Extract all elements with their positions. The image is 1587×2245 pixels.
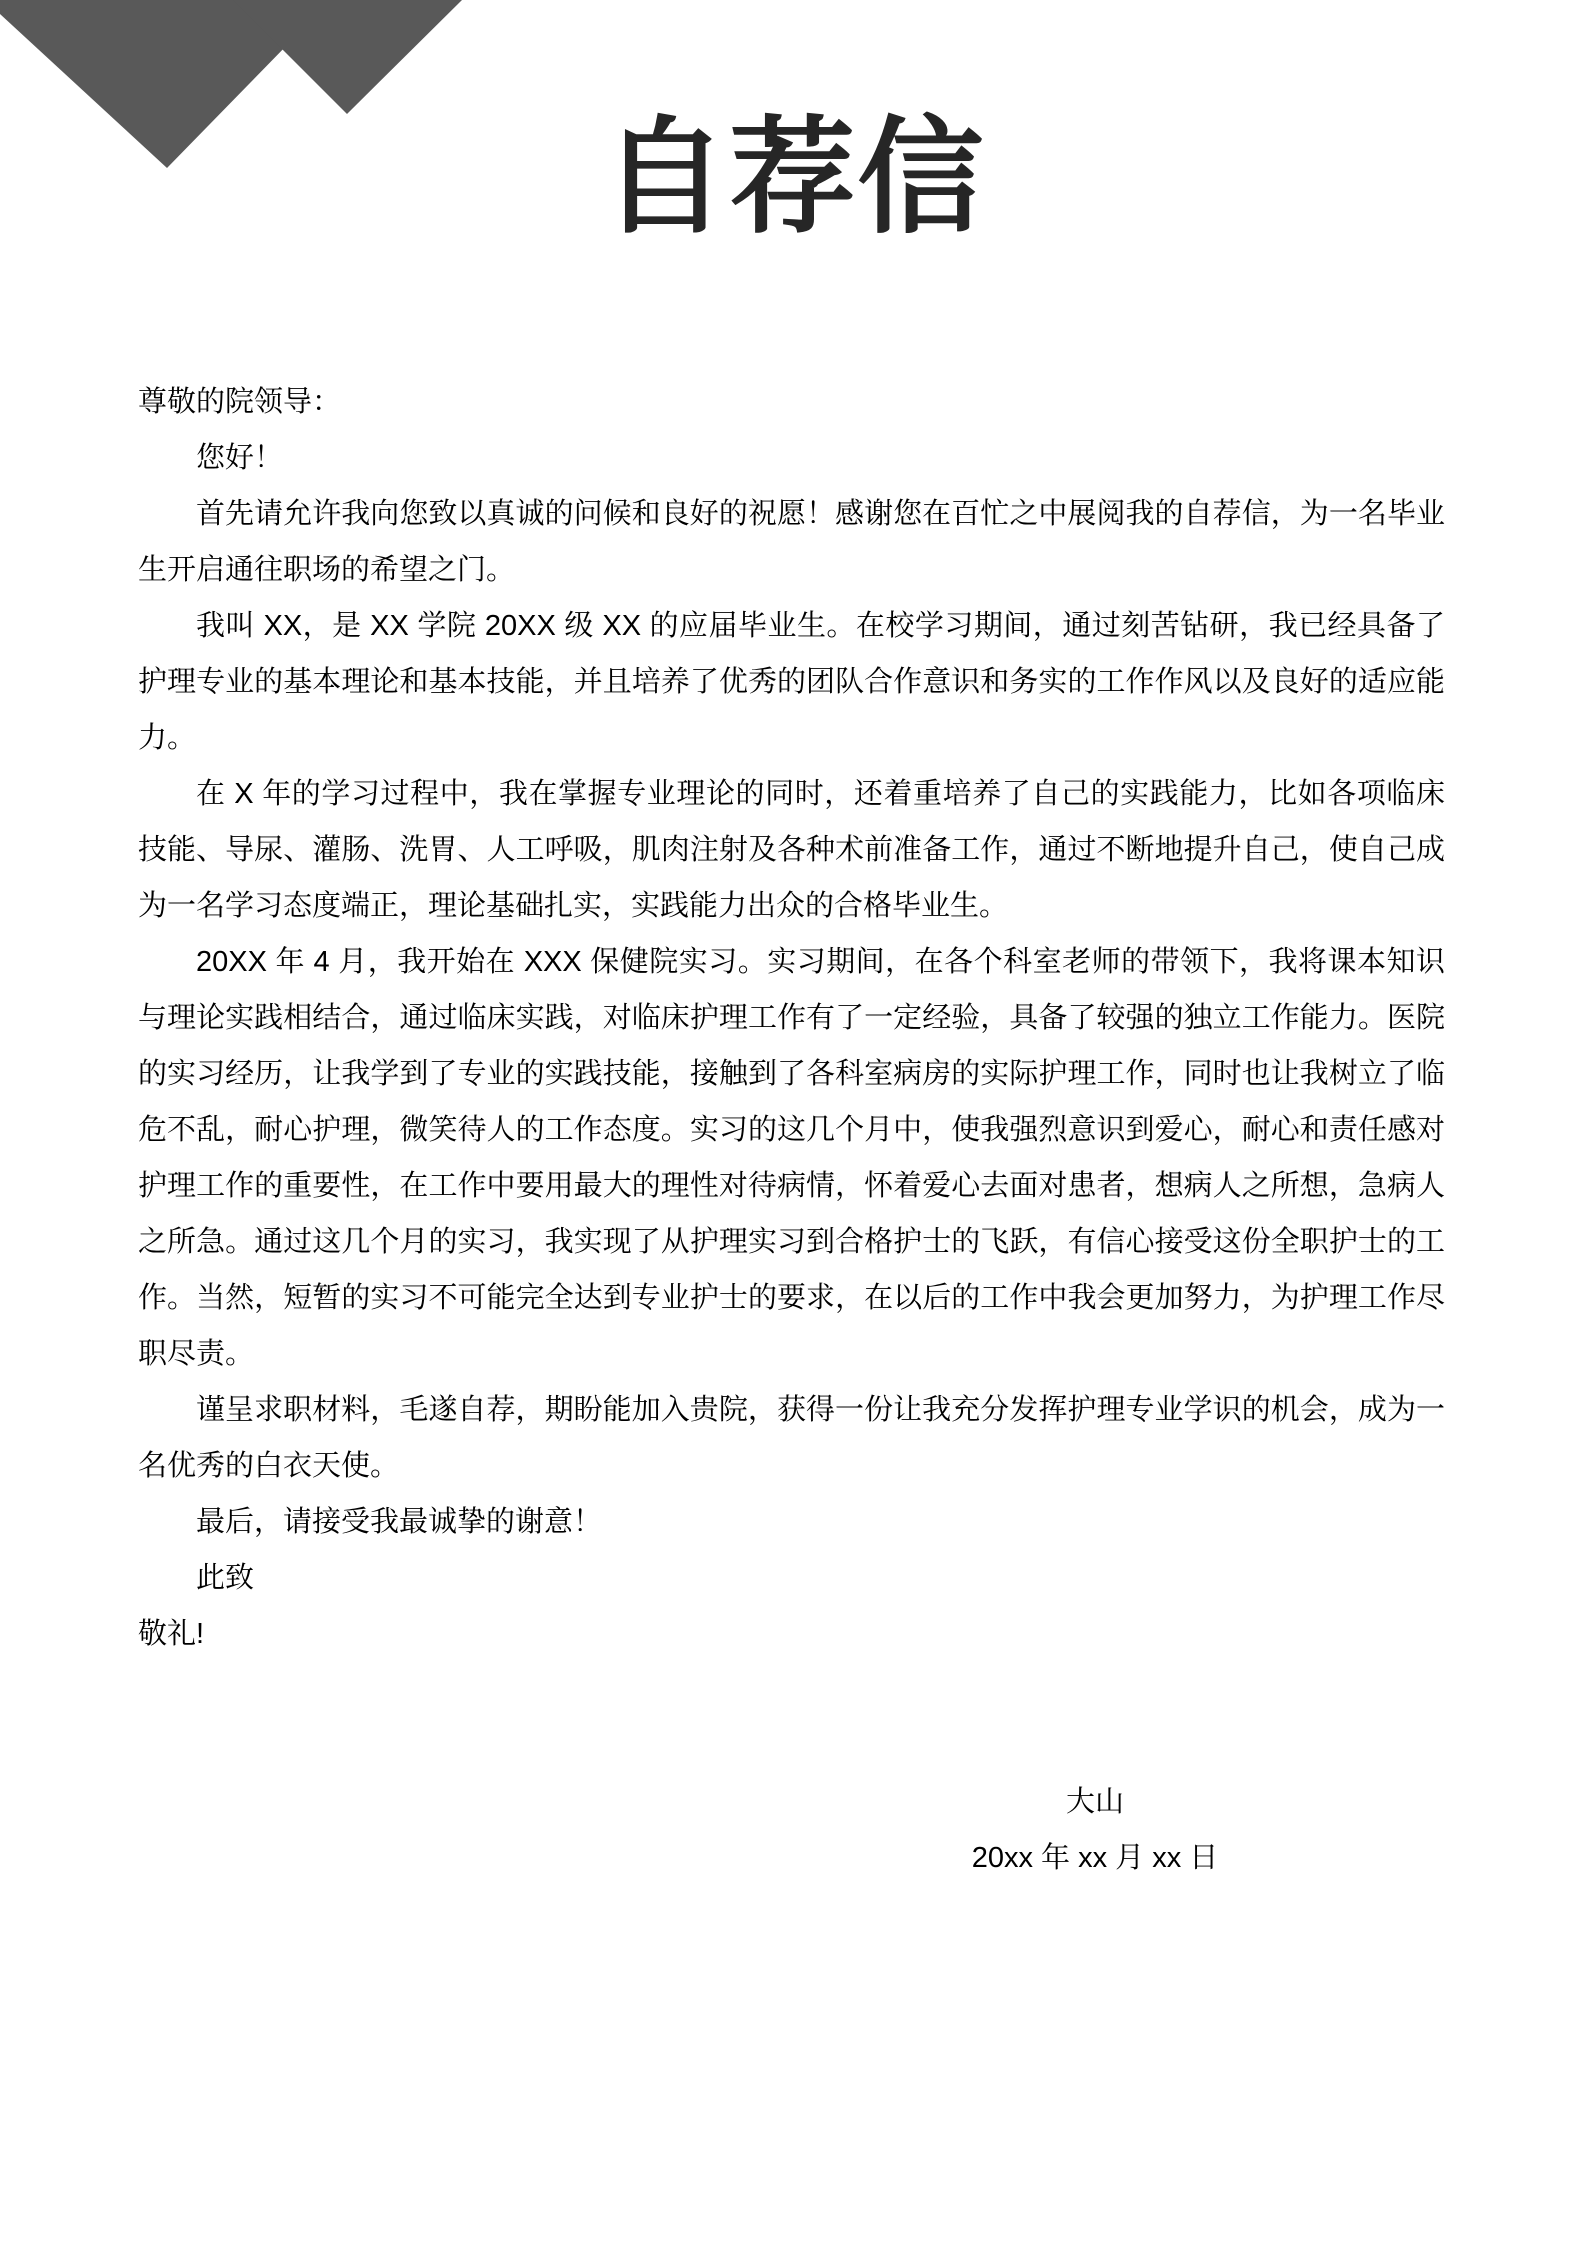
body-paragraph: 首先请允许我向您致以真诚的问候和良好的祝愿！感谢您在百忙之中展阅我的自荐信，为一…	[138, 486, 1445, 598]
closing-cizhi: 此致	[138, 1550, 1445, 1606]
salutation: 尊敬的院领导：	[138, 374, 1445, 430]
body-paragraph: 谨呈求职材料，毛遂自荐，期盼能加入贵院，获得一份让我充分发挥护理专业学识的机会，…	[138, 1382, 1445, 1494]
document-title: 自荐信	[0, 98, 1587, 258]
signature-block: 大山 20xx 年 xx 月 xx 日	[950, 1774, 1240, 1886]
body-paragraph: 在 X 年的学习过程中，我在掌握专业理论的同时，还着重培养了自己的实践能力，比如…	[138, 766, 1445, 934]
letter-page: 自荐信 尊敬的院领导： 您好！ 首先请允许我向您致以真诚的问候和良好的祝愿！感谢…	[0, 0, 1587, 2245]
letter-body: 尊敬的院领导： 您好！ 首先请允许我向您致以真诚的问候和良好的祝愿！感谢您在百忙…	[138, 374, 1445, 1662]
body-paragraph: 我叫 XX，是 XX 学院 20XX 级 XX 的应届毕业生。在校学习期间，通过…	[138, 598, 1445, 766]
signature-date: 20xx 年 xx 月 xx 日	[950, 1830, 1240, 1886]
greeting: 您好！	[138, 430, 1445, 486]
body-paragraph: 20XX 年 4 月，我开始在 XXX 保健院实习。实习期间，在各个科室老师的带…	[138, 934, 1445, 1382]
signature-name: 大山	[950, 1774, 1240, 1830]
closing-jingli: 敬礼!	[138, 1606, 1445, 1662]
thanks-line: 最后，请接受我最诚挚的谢意！	[138, 1494, 1445, 1550]
